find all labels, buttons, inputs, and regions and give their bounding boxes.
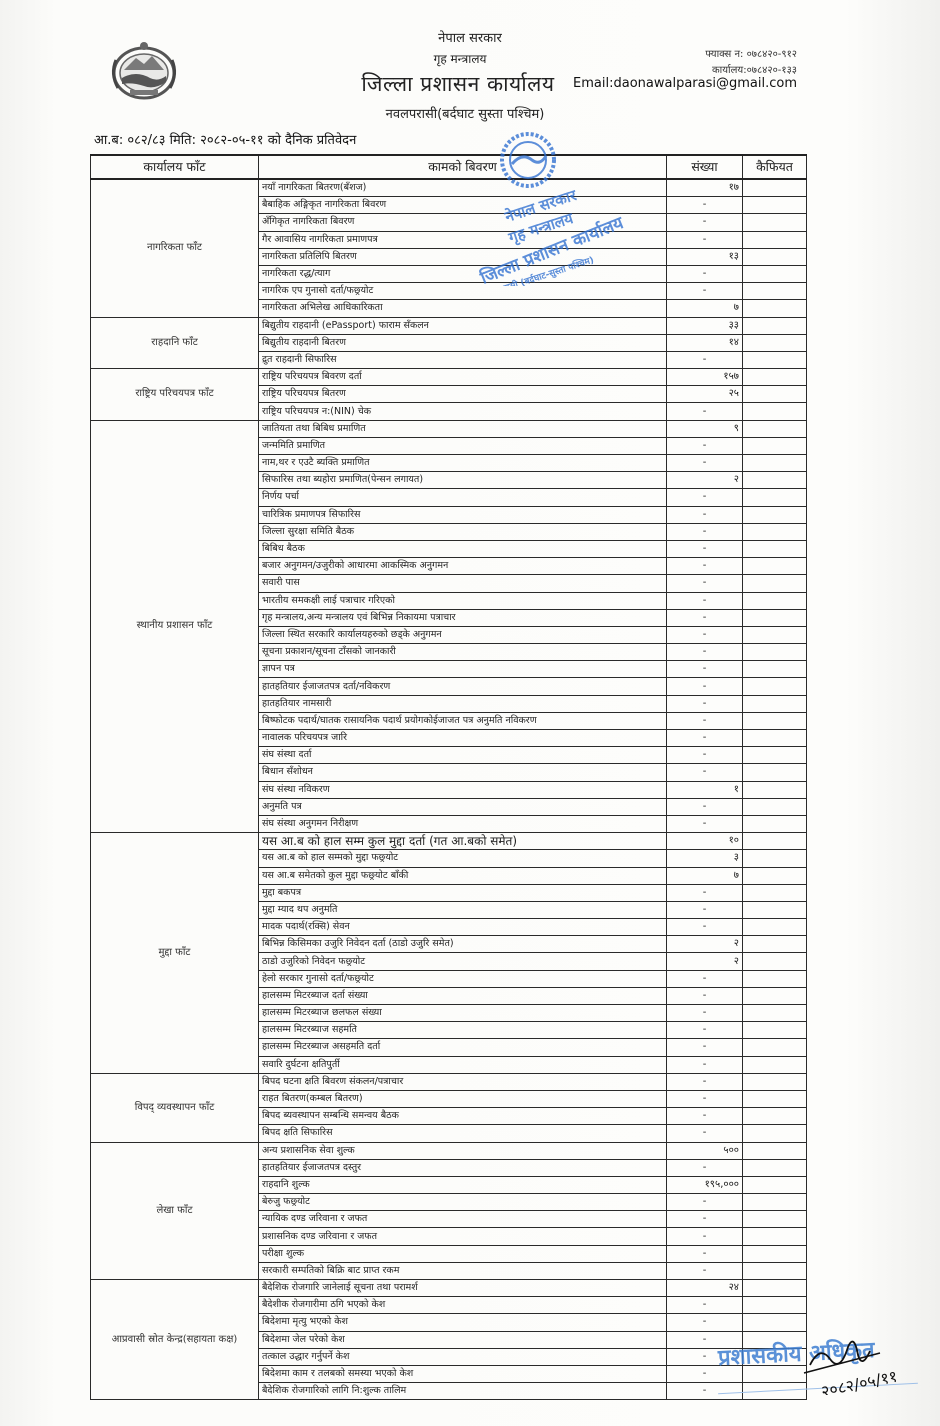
task-count: १७ <box>667 179 743 197</box>
table-row: विपद् व्यवस्थापन फाँटबिपद घटना क्षति बिव… <box>91 1073 807 1090</box>
task-count: - <box>667 747 743 764</box>
table-body: नागरिकता फाँटनयाँ नागरिकता बितरण(बँशज)१७… <box>91 179 807 1400</box>
task-count: - <box>667 695 743 712</box>
task-description: ज्ञापन पत्र <box>259 661 667 678</box>
task-remarks <box>743 781 807 798</box>
task-count: २४ <box>667 1280 743 1297</box>
task-count: - <box>667 1056 743 1073</box>
task-remarks <box>743 798 807 815</box>
task-remarks <box>743 644 807 661</box>
task-description: निर्णय पर्चा <box>259 489 667 506</box>
task-description: सूचना प्रकाशन/सूचना टाँसको जानकारी <box>259 644 667 661</box>
task-count: - <box>667 1314 743 1331</box>
task-description: हातहतियार ईजाजतपत्र दस्तुर <box>259 1159 667 1176</box>
task-description: बिभिन्न किसिमका उजुरि निवेदन दर्ता (ठाडो… <box>259 936 667 953</box>
task-description: राष्ट्रिय परिचयपत्र बितरण <box>259 386 667 403</box>
task-remarks <box>743 369 807 386</box>
task-count: १५७ <box>667 369 743 386</box>
task-count: - <box>667 592 743 609</box>
task-count: - <box>667 1211 743 1228</box>
task-description: बैबाहिक अङ्गिकृत नागरिकता बिवरण <box>259 197 667 214</box>
task-description: नयाँ नागरिकता बितरण(बँशज) <box>259 179 667 197</box>
task-remarks <box>743 678 807 695</box>
task-description: बिपद क्षति सिफारिस <box>259 1125 667 1142</box>
task-remarks <box>743 1297 807 1314</box>
task-description: जिल्ला सुरक्षा समिति बैठक <box>259 523 667 540</box>
task-remarks <box>743 1073 807 1090</box>
task-description: नावालक परिचयपत्र जारि <box>259 730 667 747</box>
task-description: सरकारी सम्पतिको बिक्रि बाट प्राप्त रकम <box>259 1262 667 1279</box>
section-name: स्थानीय प्रशासन फाँट <box>91 420 259 833</box>
task-description: बिदेशमा जेल परेको केश <box>259 1331 667 1348</box>
task-description: बेरुजु फछ्र्योट <box>259 1194 667 1211</box>
task-description: हालसम्म मिटरब्याज सहमति <box>259 1022 667 1039</box>
task-description: यस आ.ब को हाल सम्म कुल मुद्दा दर्ता (गत … <box>259 833 667 850</box>
task-remarks <box>743 1039 807 1056</box>
task-description: यस आ.ब समेतको कुल मुद्दा फछ्र्योट बाँकी <box>259 867 667 884</box>
task-remarks <box>743 558 807 575</box>
task-remarks <box>743 472 807 489</box>
column-header-task: कामको बिवरण <box>259 155 667 179</box>
task-description: जातियता तथा बिबिध प्रमाणित <box>259 420 667 437</box>
task-count: - <box>667 1022 743 1039</box>
task-count: - <box>667 644 743 661</box>
task-count: ७ <box>667 300 743 317</box>
svg-text:२०८२/०५/११: २०८२/०५/११ <box>819 1366 899 1395</box>
section-name: आप्रवासी स्रोत केन्द्र(सहायता कक्ष) <box>91 1280 259 1400</box>
task-remarks <box>743 936 807 953</box>
task-remarks <box>743 1108 807 1125</box>
task-count: - <box>667 712 743 729</box>
task-remarks <box>743 764 807 781</box>
task-remarks <box>743 747 807 764</box>
task-count: - <box>667 730 743 747</box>
task-remarks <box>743 317 807 334</box>
task-count: - <box>667 1383 743 1400</box>
task-remarks <box>743 386 807 403</box>
task-remarks <box>743 609 807 626</box>
task-count: - <box>667 1297 743 1314</box>
task-description: सवारी पास <box>259 575 667 592</box>
task-remarks <box>743 506 807 523</box>
task-description: अन्य प्रशासनिक सेवा शुल्क <box>259 1142 667 1159</box>
task-description: नाम,थर र एउटै ब्यक्ति प्रमाणित <box>259 455 667 472</box>
task-remarks <box>743 815 807 832</box>
task-description: हेलो सरकार गुनासो दर्ता/फछ्र्योट <box>259 970 667 987</box>
task-count: - <box>667 351 743 368</box>
task-count: ५०० <box>667 1142 743 1159</box>
task-description: न्यायिक दण्ड जरिवाना र जफत <box>259 1211 667 1228</box>
task-remarks <box>743 730 807 747</box>
task-description: जिल्ला स्थित सरकारि कार्यालयहरुको छड्के … <box>259 626 667 643</box>
task-description: मुद्दा बकपत्र <box>259 884 667 901</box>
task-description: बैदेशिक रोजगारि जानेलाई सूचना तथा परामर्… <box>259 1280 667 1297</box>
task-remarks <box>743 1176 807 1193</box>
task-description: संघ संस्था अनुगमन निरीक्षण <box>259 815 667 832</box>
task-remarks <box>743 214 807 231</box>
task-description: बिष्फोटक पदार्थ/घातक रासायनिक पदार्थ प्र… <box>259 712 667 729</box>
task-count: - <box>667 884 743 901</box>
section-name: राहदानि फाँट <box>91 317 259 369</box>
report-title: आ.ब: ०८२/८३ मिति: २०८२-०५-११ को दैनिक प्… <box>94 130 356 148</box>
task-remarks <box>743 987 807 1004</box>
task-remarks <box>743 575 807 592</box>
task-remarks <box>743 1090 807 1107</box>
task-description: द्रुत राहदानी सिफारिस <box>259 351 667 368</box>
task-count: - <box>667 1005 743 1022</box>
task-remarks <box>743 695 807 712</box>
task-count: १ <box>667 781 743 798</box>
district-name: नवलपरासी(बर्दघाट सुस्ता पश्चिम) <box>0 104 935 122</box>
task-remarks <box>743 901 807 918</box>
task-count: - <box>667 214 743 231</box>
task-description: बिबिध बैठक <box>259 540 667 557</box>
task-count: - <box>667 1159 743 1176</box>
task-count: - <box>667 403 743 420</box>
task-count: - <box>667 1125 743 1142</box>
task-count: - <box>667 540 743 557</box>
task-remarks <box>743 179 807 197</box>
table-row: स्थानीय प्रशासन फाँटजातियता तथा बिबिध प्… <box>91 420 807 437</box>
column-header-remarks: कैफियत <box>743 155 807 179</box>
task-remarks <box>743 420 807 437</box>
task-description: बैदेशिक रोजगारिको लागि नि:शुल्क तालिम <box>259 1383 667 1400</box>
task-remarks <box>743 1314 807 1331</box>
task-count: - <box>667 678 743 695</box>
task-count: - <box>667 283 743 300</box>
task-description: संघ संस्था नविकरण <box>259 781 667 798</box>
task-description: बिदेशमा मृत्यु भएको केश <box>259 1314 667 1331</box>
task-count: - <box>667 455 743 472</box>
task-remarks <box>743 884 807 901</box>
task-count: ७ <box>667 867 743 884</box>
task-count: - <box>667 1039 743 1056</box>
task-description: संघ संस्था दर्ता <box>259 747 667 764</box>
task-description: बिद्युतीय राहदानी (ePassport) फाराम सँकल… <box>259 317 667 334</box>
task-description: गैर आवासिय नागरिकता प्रमाणपत्र <box>259 231 667 248</box>
task-description: अँगिकृत नागरिकता बिवरण <box>259 214 667 231</box>
task-remarks <box>743 1005 807 1022</box>
task-description: मुद्दा म्याद थप अनुमति <box>259 901 667 918</box>
task-count: - <box>667 489 743 506</box>
task-count: - <box>667 815 743 832</box>
task-count: - <box>667 231 743 248</box>
task-description: बिधान सँशोधन <box>259 764 667 781</box>
task-count: १३ <box>667 248 743 265</box>
task-remarks <box>743 867 807 884</box>
task-description: हालसम्म मिटरब्याज असहमति दर्ता <box>259 1039 667 1056</box>
task-count: - <box>667 1228 743 1245</box>
task-count: - <box>667 575 743 592</box>
section-name: मुद्दा फाँट <box>91 833 259 1074</box>
task-remarks <box>743 351 807 368</box>
task-remarks <box>743 283 807 300</box>
fax-number: फ्याक्स न: ०७८४२०-९१२ <box>705 46 797 60</box>
column-header-section: कार्यालय फाँट <box>91 155 259 179</box>
task-remarks <box>743 712 807 729</box>
table-row: लेखा फाँटअन्य प्रशासनिक सेवा शुल्क५०० <box>91 1142 807 1159</box>
task-count: - <box>667 1262 743 1279</box>
task-count: - <box>667 1245 743 1262</box>
task-count: २५ <box>667 386 743 403</box>
task-remarks <box>743 197 807 214</box>
task-count: २ <box>667 953 743 970</box>
task-remarks <box>743 850 807 867</box>
task-remarks <box>743 1194 807 1211</box>
task-remarks <box>743 334 807 351</box>
task-description: मादक पदार्थ(रक्सि) सेवन <box>259 919 667 936</box>
table-row: राष्ट्रिय परिचयपत्र फाँटराष्ट्रिय परिचयप… <box>91 369 807 386</box>
task-description: बजार अनुगमन/उजुरीको आधारमा आकस्मिक अनुगम… <box>259 558 667 575</box>
task-remarks <box>743 248 807 265</box>
task-description: भारतीय समकक्षी लाई पत्राचार गरिएको <box>259 592 667 609</box>
task-count: - <box>667 798 743 815</box>
task-description: सवारि दुर्घटना क्षतिपुर्ती <box>259 1056 667 1073</box>
task-remarks <box>743 1262 807 1279</box>
task-remarks <box>743 540 807 557</box>
table-row: नागरिकता फाँटनयाँ नागरिकता बितरण(बँशज)१७ <box>91 179 807 197</box>
task-count: - <box>667 437 743 454</box>
task-description: नागरिकता अभिलेख आधिकारिकता <box>259 300 667 317</box>
task-description: बिपद घटना क्षति बिवरण संकलन/पत्राचार <box>259 1073 667 1090</box>
task-remarks <box>743 1245 807 1262</box>
task-count: १० <box>667 833 743 850</box>
task-description: राहदानि शुल्क <box>259 1176 667 1193</box>
task-count: २ <box>667 472 743 489</box>
task-description: नागरिकता प्रतिलिपि बितरण <box>259 248 667 265</box>
task-description: हातहतियार नामसारी <box>259 695 667 712</box>
task-description: नागरिकता रद्ध/त्याग <box>259 265 667 282</box>
task-description: बिपद ब्यवस्थापन सम्बन्धि समन्वय बैठक <box>259 1108 667 1125</box>
task-count: - <box>667 970 743 987</box>
task-count: - <box>667 661 743 678</box>
task-count: - <box>667 609 743 626</box>
task-count: - <box>667 987 743 1004</box>
government-name: नेपाल सरकार <box>0 28 940 46</box>
table-row: राहदानि फाँटबिद्युतीय राहदानी (ePassport… <box>91 317 807 334</box>
task-count: - <box>667 558 743 575</box>
task-description: चारित्रिक प्रमाणपत्र सिफारिस <box>259 506 667 523</box>
task-remarks <box>743 1022 807 1039</box>
task-description: बिद्युतीय राहदानी बितरण <box>259 334 667 351</box>
daily-report-table: कार्यालय फाँट कामको बिवरण संख्या कैफियत … <box>90 154 807 1400</box>
task-count: - <box>667 626 743 643</box>
task-remarks <box>743 833 807 850</box>
table-header-row: कार्यालय फाँट कामको बिवरण संख्या कैफियत <box>91 155 807 179</box>
task-remarks <box>743 1125 807 1142</box>
section-name: विपद् व्यवस्थापन फाँट <box>91 1073 259 1142</box>
task-remarks <box>743 1280 807 1297</box>
task-count: ३ <box>667 850 743 867</box>
table-row: मुद्दा फाँटयस आ.ब को हाल सम्म कुल मुद्दा… <box>91 833 807 850</box>
task-count: - <box>667 919 743 936</box>
task-count: - <box>667 1194 743 1211</box>
task-remarks <box>743 1159 807 1176</box>
task-remarks <box>743 403 807 420</box>
task-remarks <box>743 231 807 248</box>
task-count: - <box>667 764 743 781</box>
task-count: - <box>667 1073 743 1090</box>
task-remarks <box>743 592 807 609</box>
signature-mark: २०८२/०५/११ <box>800 1325 940 1395</box>
task-count: १९५,००० <box>667 1176 743 1193</box>
task-count: - <box>667 197 743 214</box>
task-remarks <box>743 1211 807 1228</box>
task-description: राष्ट्रिय परिचयपत्र न:(NIN) चेक <box>259 403 667 420</box>
section-name: लेखा फाँट <box>91 1142 259 1280</box>
task-description: यस आ.ब को हाल सम्मको मुद्दा फछ्र्योट <box>259 850 667 867</box>
table-row: आप्रवासी स्रोत केन्द्र(सहायता कक्ष)बैदेश… <box>91 1280 807 1297</box>
task-description: परीक्षा शुल्क <box>259 1245 667 1262</box>
task-description: नागरिक एप गुनासो दर्ता/फछ्र्योट <box>259 283 667 300</box>
section-name: राष्ट्रिय परिचयपत्र फाँट <box>91 369 259 421</box>
task-count: - <box>667 901 743 918</box>
office-phone: कार्यालय:०७८४२०-१३३ <box>712 62 797 76</box>
task-remarks <box>743 265 807 282</box>
task-remarks <box>743 953 807 970</box>
task-count: - <box>667 523 743 540</box>
task-remarks <box>743 919 807 936</box>
task-remarks <box>743 661 807 678</box>
task-description: तत्काल उद्धार गर्नुपर्ने केश <box>259 1348 667 1365</box>
task-remarks <box>743 489 807 506</box>
task-count: २ <box>667 936 743 953</box>
task-remarks <box>743 1142 807 1159</box>
task-description: सिफारिस तथा ब्यहोरा प्रमाणित(पेन्सन लगाय… <box>259 472 667 489</box>
task-description: ठाडो उजुरिको निवेदन फछ्र्योट <box>259 953 667 970</box>
task-count: - <box>667 1108 743 1125</box>
task-description: जन्ममिति प्रमाणित <box>259 437 667 454</box>
task-count: ९ <box>667 420 743 437</box>
task-count: ३३ <box>667 317 743 334</box>
section-name: नागरिकता फाँट <box>91 179 259 317</box>
task-description: बिदेशमा काम र तलबको समस्या भएको केश <box>259 1365 667 1382</box>
task-count: - <box>667 265 743 282</box>
task-description: हालसम्म मिटरब्याज छलफल संख्या <box>259 1005 667 1022</box>
task-description: राहत बितरण(कम्बल बितरण) <box>259 1090 667 1107</box>
task-remarks <box>743 437 807 454</box>
task-count: - <box>667 506 743 523</box>
column-header-count: संख्या <box>667 155 743 179</box>
task-remarks <box>743 1056 807 1073</box>
task-remarks <box>743 1228 807 1245</box>
task-description: गृह मन्त्रालय,अन्य मन्त्रालय एवं बिभिन्न… <box>259 609 667 626</box>
task-remarks <box>743 626 807 643</box>
task-remarks <box>743 523 807 540</box>
task-description: हातहतियार ईजाजतपत्र दर्ता/नविकरण <box>259 678 667 695</box>
email-address: Email:daonawalparasi@gmail.com <box>573 76 797 91</box>
task-description: प्रशासनिक दण्ड जरिवाना र जफत <box>259 1228 667 1245</box>
task-description: राष्ट्रिय परिचयपत्र बिवरण दर्ता <box>259 369 667 386</box>
task-description: अनुमति पत्र <box>259 798 667 815</box>
task-remarks <box>743 455 807 472</box>
task-remarks <box>743 970 807 987</box>
task-description: बैदेशीक रोजगारीमा ठगि भएको केश <box>259 1297 667 1314</box>
task-remarks <box>743 300 807 317</box>
task-count: १४ <box>667 334 743 351</box>
task-description: हालसम्म मिटरब्याज दर्ता संख्या <box>259 987 667 1004</box>
task-count: - <box>667 1090 743 1107</box>
